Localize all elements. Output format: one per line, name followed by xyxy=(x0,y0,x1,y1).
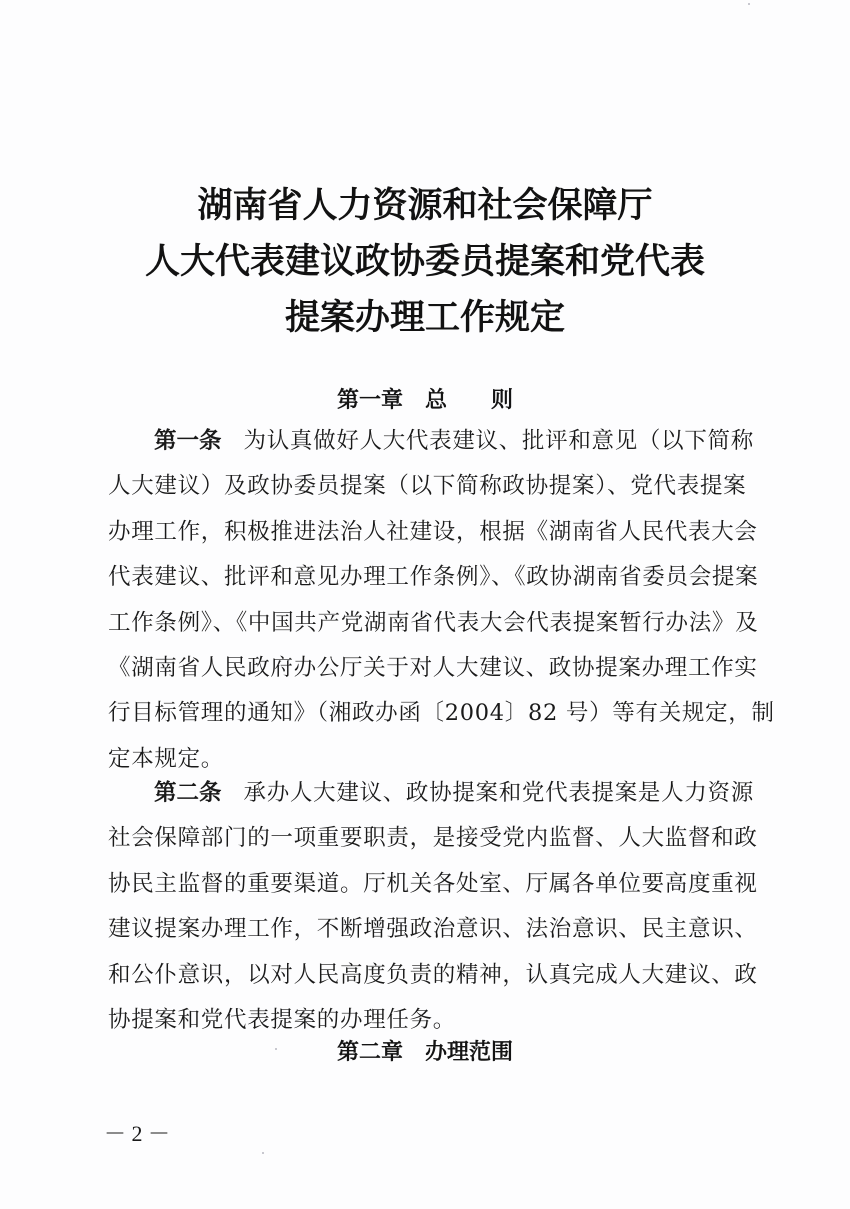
article-1-text: 为认真做好人大代表建议、批评和意见（以下简称 xyxy=(244,428,754,454)
article-1: 第一条为认真做好人大代表建议、批评和意见（以下简称 人大建议）及政协委员提案（以… xyxy=(108,419,758,782)
article-2-line-4: 建议提案办理工作，不断增强政治意识、法治意识、民主意识、 xyxy=(108,907,758,952)
scan-speck xyxy=(262,1152,264,1154)
article-2-line-1: 第二条承办人大建议、政协提案和党代表提案是人力资源 xyxy=(108,771,758,816)
article-1-line-7: 行目标管理的通知》（湘政办函〔2004〕82 号）等有关规定，制 xyxy=(108,691,758,736)
title-line-2: 人大代表建议政协委员提案和党代表 xyxy=(0,234,850,290)
article-1-line-4: 代表建议、批评和意见办理工作条例》、《政协湖南省委员会提案 xyxy=(108,555,758,600)
scan-speck xyxy=(748,3,750,5)
article-1-line-3: 办理工作，积极推进法治人社建设，根据《湖南省人民代表大会 xyxy=(108,510,758,555)
chapter-1-heading: 第一章 总 则 xyxy=(0,386,850,416)
article-1-line-2: 人大建议）及政协委员提案（以下简称政协提案）、党代表提案 xyxy=(108,464,758,509)
document-page: 湖南省人力资源和社会保障厅 人大代表建议政协委员提案和党代表 提案办理工作规定 … xyxy=(0,0,850,1209)
article-2-line-5: 和公仆意识，以对人民高度负责的精神，认真完成人大建议、政 xyxy=(108,953,758,998)
scan-speck xyxy=(275,1048,277,1050)
article-1-line-1: 第一条为认真做好人大代表建议、批评和意见（以下简称 xyxy=(108,419,758,464)
article-1-label: 第一条 xyxy=(154,428,222,454)
article-2-line-2: 社会保障部门的一项重要职责，是接受党内监督、人大监督和政 xyxy=(108,816,758,861)
article-2: 第二条承办人大建议、政协提案和党代表提案是人力资源 社会保障部门的一项重要职责，… xyxy=(108,771,758,1043)
document-title: 湖南省人力资源和社会保障厅 人大代表建议政协委员提案和党代表 提案办理工作规定 xyxy=(0,178,850,346)
article-2-line-6: 协提案和党代表提案的办理任务。 xyxy=(108,998,758,1043)
title-line-1: 湖南省人力资源和社会保障厅 xyxy=(0,178,850,234)
title-line-3: 提案办理工作规定 xyxy=(0,290,850,346)
article-1-line-6: 《湖南省人民政府办公厅关于对人大建议、政协提案办理工作实 xyxy=(108,646,758,691)
article-2-label: 第二条 xyxy=(154,780,222,806)
page-number: － 2 － xyxy=(104,1120,170,1148)
chapter-2-heading: 第二章 办理范围 xyxy=(0,1038,850,1068)
article-2-text: 承办人大建议、政协提案和党代表提案是人力资源 xyxy=(244,780,754,806)
article-1-line-5: 工作条例》、《中国共产党湖南省代表大会代表提案暂行办法》及 xyxy=(108,601,758,646)
article-2-line-3: 协民主监督的重要渠道。厅机关各处室、厅属各单位要高度重视 xyxy=(108,862,758,907)
